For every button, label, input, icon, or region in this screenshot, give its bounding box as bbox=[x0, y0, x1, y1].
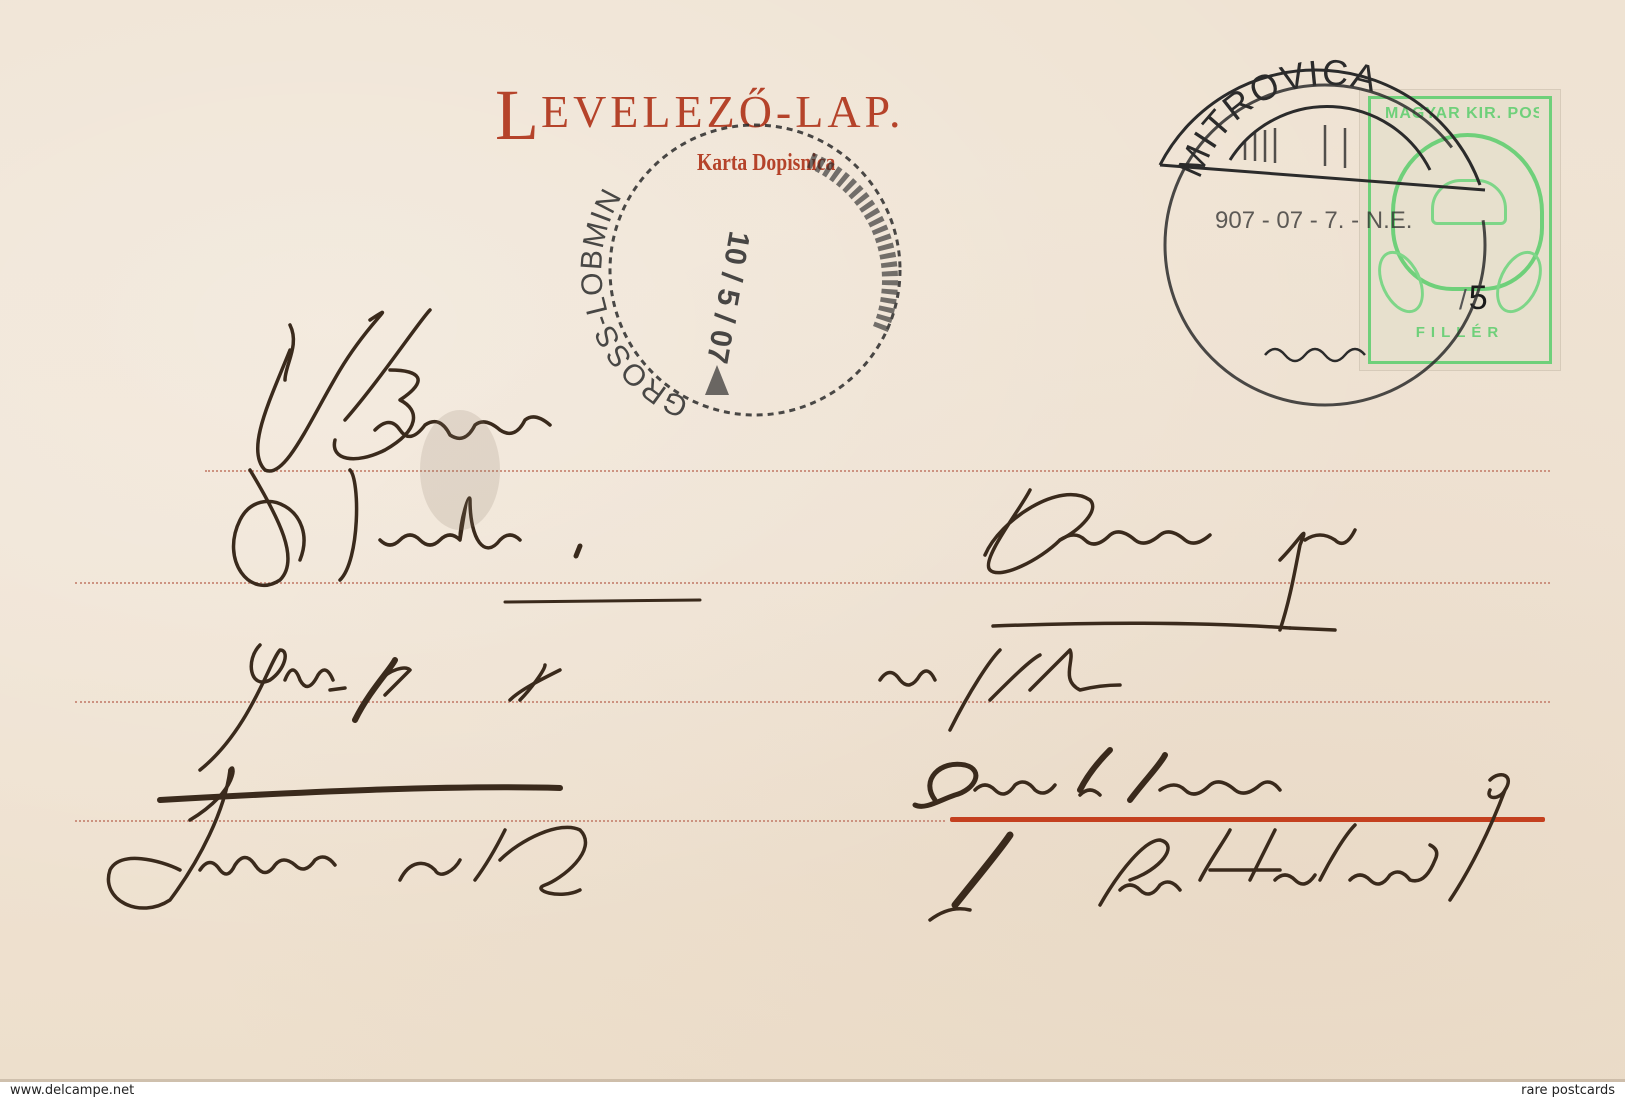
address-rule-4 bbox=[75, 820, 945, 822]
address-rule-1 bbox=[205, 470, 1550, 472]
crown-icon bbox=[1431, 179, 1507, 225]
postage-stamp: MAGYAR KIR. POSTA /5 FILLÉR bbox=[1360, 90, 1560, 370]
red-underline-rule bbox=[950, 817, 1545, 822]
stamp-top-text: MAGYAR KIR. POSTA bbox=[1385, 105, 1539, 123]
handwriting-line-4 bbox=[915, 750, 1508, 900]
handwriting-line-3 bbox=[200, 645, 1120, 770]
footer-site-link[interactable]: www.delcampe.net bbox=[10, 1083, 134, 1098]
footer-bar: www.delcampe.net rare postcards bbox=[0, 1082, 1625, 1102]
postcard-title: LEVELEZŐ-LAP. bbox=[495, 62, 905, 145]
postcard: LEVELEZŐ-LAP. Karta Dopisnica MAGYAR KIR… bbox=[0, 0, 1625, 1082]
handwriting-line-6 bbox=[930, 825, 1437, 920]
postmark-date-center: 10 / 5 / 07 bbox=[700, 229, 756, 366]
address-rule-2 bbox=[75, 582, 1550, 584]
title-initial: L bbox=[495, 74, 543, 157]
stamp-frame: MAGYAR KIR. POSTA /5 FILLÉR bbox=[1368, 96, 1552, 364]
stamp-denomination: FILLÉR bbox=[1381, 324, 1539, 341]
title-rest: EVELEZŐ-LAP. bbox=[541, 86, 905, 137]
stamp-value: /5 bbox=[1459, 279, 1488, 318]
postcard-subtitle: Karta Dopisnica bbox=[697, 150, 835, 177]
svg-text:MITROVICA: MITROVICA bbox=[1169, 51, 1383, 183]
handwriting-line-5 bbox=[108, 768, 585, 908]
address-rule-3 bbox=[75, 701, 1550, 703]
footer-tagline: rare postcards bbox=[1521, 1083, 1615, 1098]
handwriting-line-2 bbox=[234, 470, 1355, 630]
postmark-town: MITROVICA bbox=[1169, 51, 1383, 183]
handwriting-line-1 bbox=[258, 310, 550, 471]
stamp-value-number: 5 bbox=[1469, 279, 1488, 317]
